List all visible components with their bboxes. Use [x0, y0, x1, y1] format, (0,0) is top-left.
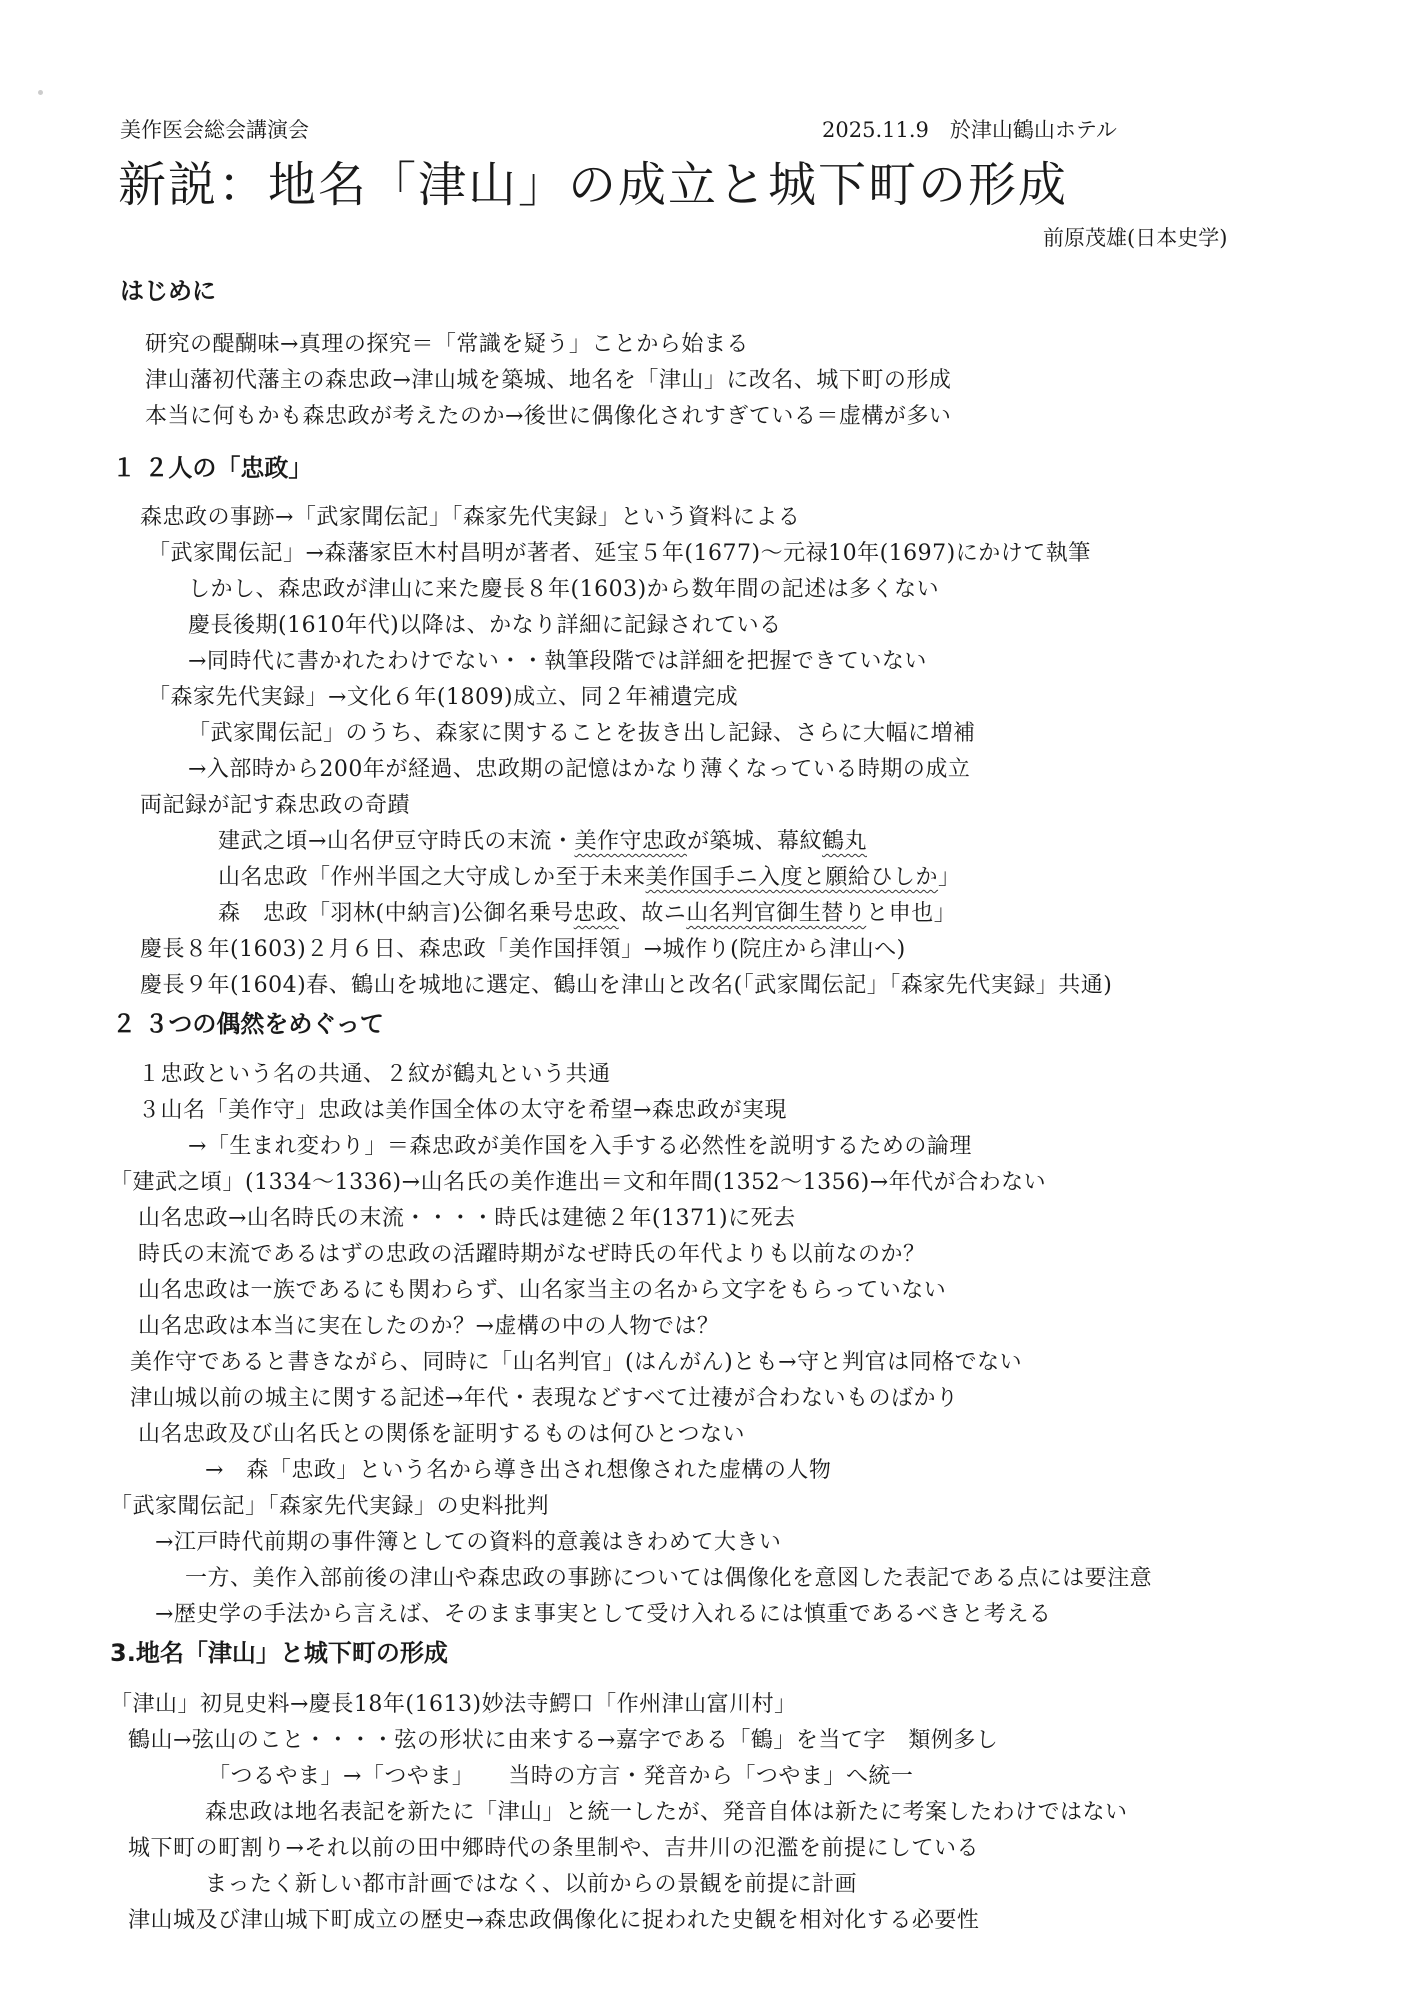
text-line: 津山城及び津山城下町成立の歴史→森忠政偶像化に捉われた史観を相対化する必要性 [128, 1906, 979, 1936]
text-segment: →入部時から200年が経過、忠政期の記憶はかなり薄くなっている時期の成立 [188, 757, 970, 782]
text-segment: 山名忠政は一族であるにも関わらず、山名家当主の名から文字をもらっていない [138, 1278, 946, 1303]
text-line: 「建武之頃」(1334～1336)→山名氏の美作進出＝文和年間(1352～135… [110, 1168, 1046, 1198]
section-heading: 3.地名「津山」と城下町の形成 [110, 1638, 448, 1668]
text-segment: しかし、森忠政が津山に来た慶長８年(1603)から数年間の記述は多くない [188, 577, 939, 602]
text-line: 一方、美作入部前後の津山や森忠政の事跡については偶像化を意図した表記である点には… [185, 1564, 1152, 1594]
text-segment: 美作守であると書きながら、同時に「山名判官」(はんがん)とも→守と判官は同格でな… [130, 1350, 1022, 1375]
document-title: 新説：地名「津山」の成立と城下町の形成 [118, 156, 1068, 214]
event-name: 美作医会総会講演会 [120, 116, 309, 144]
text-segment: と申也」 [866, 901, 956, 926]
text-segment: １忠政という名の共通、２紋が鶴丸という共通 [138, 1062, 611, 1087]
section-heading: １ ２人の「忠政」 [112, 453, 312, 483]
text-line: 森忠政の事跡→「武家聞伝記」「森家先代実録」という資料による [140, 503, 800, 533]
text-segment: 津山藩初代藩主の森忠政→津山城を築城、地名を「津山」に改名、城下町の形成 [145, 368, 951, 393]
underlined-text: 山名判官御生替り [686, 901, 866, 926]
text-segment: 両記録が記す森忠政の奇蹟 [140, 793, 410, 818]
text-line: 「森家先代実録」→文化６年(1809)成立、同２年補遺完成 [148, 683, 738, 713]
text-line: 津山城以前の城主に関する記述→年代・表現などすべて辻褄が合わないものばかり [130, 1384, 959, 1414]
text-segment: 慶長９年(1604)春、鶴山を城地に選定、鶴山を津山と改名(「武家聞伝記」「森家… [140, 973, 1112, 998]
text-line: 「津山」初見史料→慶長18年(1613)妙法寺鰐口「作州津山富川村」 [110, 1690, 797, 1720]
text-segment: 津山城及び津山城下町成立の歴史→森忠政偶像化に捉われた史観を相対化する必要性 [128, 1908, 979, 1933]
text-segment: →「生まれ変わり」＝森忠政が美作国を入手する必然性を説明するための論理 [188, 1134, 972, 1159]
text-segment: 山名忠政及び山名氏との関係を証明するものは何ひとつない [138, 1422, 745, 1447]
text-line: 「つるやま」→「つやま」 当時の方言・発音から「つやま」へ統一 [208, 1762, 913, 1792]
text-segment: 」 [938, 865, 961, 890]
text-line: まったく新しい都市計画ではなく、以前からの景観を前提に計画 [205, 1870, 857, 1900]
text-line: →入部時から200年が経過、忠政期の記憶はかなり薄くなっている時期の成立 [188, 755, 970, 785]
text-segment: 「武家聞伝記」→森藩家臣木村昌明が著者、延宝５年(1677)～元禄10年(169… [148, 541, 1091, 566]
text-segment: 時氏の末流であるはずの忠政の活躍時期がなぜ時氏の年代よりも以前なのか？ [138, 1242, 926, 1267]
text-line: 山名忠政→山名時氏の末流・・・・時氏は建徳２年(1371)に死去 [138, 1204, 796, 1234]
text-segment: →江戸時代前期の事件簿としての資料的意義はきわめて大きい [155, 1530, 781, 1555]
text-segment: 一方、美作入部前後の津山や森忠政の事跡については偶像化を意図した表記である点には… [185, 1566, 1152, 1591]
text-segment: 森 忠政「羽林(中納言)公御名乗号 [218, 901, 574, 926]
underlined-text: 美作守忠政 [574, 829, 687, 854]
text-segment: 「武家聞伝記」のうち、森家に関することを抜き出し記録、さらに大幅に増補 [188, 721, 976, 746]
underlined-text: 忠政 [574, 901, 619, 926]
text-line: 「武家聞伝記」→森藩家臣木村昌明が著者、延宝５年(1677)～元禄10年(169… [148, 539, 1091, 569]
text-segment: 津山城以前の城主に関する記述→年代・表現などすべて辻褄が合わないものばかり [130, 1386, 959, 1411]
text-line: 城下町の町割り→それ以前の田中郷時代の条里制や、吉井川の氾濫を前提にしている [128, 1834, 979, 1864]
text-line: 森忠政は地名表記を新たに「津山」と統一したが、発音自体は新たに考案したわけではな… [205, 1798, 1128, 1828]
text-line: 鶴山→弦山のこと・・・・弦の形状に由来する→嘉字である「鶴」を当て字 類例多し [128, 1726, 998, 1756]
text-segment: 研究の醍醐味→真理の探究＝「常識を疑う」ことから始まる [145, 332, 749, 357]
text-segment: 「武家聞伝記」「森家先代実録」の史料批判 [110, 1494, 549, 1519]
text-segment: 城下町の町割り→それ以前の田中郷時代の条里制や、吉井川の氾濫を前提にしている [128, 1836, 979, 1861]
text-line: 時氏の末流であるはずの忠政の活躍時期がなぜ時氏の年代よりも以前なのか？ [138, 1240, 926, 1270]
text-line: 津山藩初代藩主の森忠政→津山城を築城、地名を「津山」に改名、城下町の形成 [145, 366, 951, 396]
text-line: → 森「忠政」という名から導き出され想像された虚構の人物 [205, 1456, 831, 1486]
section-heading: はじめに [120, 276, 216, 306]
section-heading: ２ ３つの偶然をめぐって [112, 1009, 384, 1039]
text-segment: が築城、幕紋 [687, 829, 822, 854]
text-segment: 慶長後期(1610年代)以降は、かなり詳細に記録されている [188, 613, 782, 638]
text-line: 森 忠政「羽林(中納言)公御名乗号忠政、故ニ山名判官御生替りと申也」 [218, 899, 956, 929]
text-segment: 山名忠政「作州半国之大守成しか至于未来 [218, 865, 646, 890]
text-line: 山名忠政及び山名氏との関係を証明するものは何ひとつない [138, 1420, 745, 1450]
text-segment: 「津山」初見史料→慶長18年(1613)妙法寺鰐口「作州津山富川村」 [110, 1692, 797, 1717]
text-line: 建武之頃→山名伊豆守時氏の末流・美作守忠政が築城、幕紋鶴丸 [218, 827, 867, 857]
text-segment: まったく新しい都市計画ではなく、以前からの景観を前提に計画 [205, 1872, 857, 1897]
text-line: 山名忠政「作州半国之大守成しか至于未来美作国手ニ入度と願給ひしか」 [218, 863, 961, 893]
text-line: 「武家聞伝記」のうち、森家に関することを抜き出し記録、さらに大幅に増補 [188, 719, 976, 749]
text-segment: 森忠政は地名表記を新たに「津山」と統一したが、発音自体は新たに考案したわけではな… [205, 1800, 1128, 1825]
text-line: 「武家聞伝記」「森家先代実録」の史料批判 [110, 1492, 549, 1522]
text-line: →歴史学の手法から言えば、そのまま事実として受け入れるには慎重であるべきと考える [155, 1600, 1051, 1630]
text-line: しかし、森忠政が津山に来た慶長８年(1603)から数年間の記述は多くない [188, 575, 939, 605]
text-segment: →歴史学の手法から言えば、そのまま事実として受け入れるには慎重であるべきと考える [155, 1602, 1051, 1627]
text-line: →「生まれ変わり」＝森忠政が美作国を入手する必然性を説明するための論理 [188, 1132, 972, 1162]
text-segment: →同時代に書かれたわけでない・・執筆段階では詳細を把握できていない [188, 649, 927, 674]
author: 前原茂雄(日本史学) [1043, 224, 1227, 252]
text-segment: 「建武之頃」(1334～1336)→山名氏の美作進出＝文和年間(1352～135… [110, 1170, 1046, 1195]
text-line: 山名忠政は一族であるにも関わらず、山名家当主の名から文字をもらっていない [138, 1276, 946, 1306]
date-venue: 2025.11.9 於津山鶴山ホテル [822, 116, 1117, 144]
text-line: 研究の醍醐味→真理の探究＝「常識を疑う」ことから始まる [145, 330, 749, 360]
text-segment: 、故ニ [619, 901, 687, 926]
text-line: 慶長９年(1604)春、鶴山を城地に選定、鶴山を津山と改名(「武家聞伝記」「森家… [140, 971, 1112, 1001]
text-segment: 森忠政の事跡→「武家聞伝記」「森家先代実録」という資料による [140, 505, 800, 530]
text-segment: → 森「忠政」という名から導き出され想像された虚構の人物 [205, 1458, 831, 1483]
scan-speck [38, 90, 43, 95]
text-line: 本当に何もかも森忠政が考えたのか→後世に偶像化されすぎている＝虚構が多い [145, 402, 951, 432]
underlined-text: 鶴丸 [822, 829, 867, 854]
text-line: １忠政という名の共通、２紋が鶴丸という共通 [138, 1060, 611, 1090]
text-line: →同時代に書かれたわけでない・・執筆段階では詳細を把握できていない [188, 647, 927, 677]
text-line: 慶長後期(1610年代)以降は、かなり詳細に記録されている [188, 611, 782, 641]
text-line: 両記録が記す森忠政の奇蹟 [140, 791, 410, 821]
text-line: →江戸時代前期の事件簿としての資料的意義はきわめて大きい [155, 1528, 781, 1558]
text-line: ３山名「美作守」忠政は美作国全体の太守を希望→森忠政が実現 [138, 1096, 787, 1126]
text-line: 慶長８年(1603)２月６日、森忠政「美作国拝領」→城作り(院庄から津山へ) [140, 935, 906, 965]
text-segment: 「森家先代実録」→文化６年(1809)成立、同２年補遺完成 [148, 685, 738, 710]
text-line: 美作守であると書きながら、同時に「山名判官」(はんがん)とも→守と判官は同格でな… [130, 1348, 1022, 1378]
text-segment: 山名忠政は本当に実在したのか？→虚構の中の人物では？ [138, 1314, 719, 1339]
text-segment: ３山名「美作守」忠政は美作国全体の太守を希望→森忠政が実現 [138, 1098, 787, 1123]
text-segment: 山名忠政→山名時氏の末流・・・・時氏は建徳２年(1371)に死去 [138, 1206, 796, 1231]
text-segment: 「つるやま」→「つやま」 当時の方言・発音から「つやま」へ統一 [208, 1764, 913, 1789]
text-line: 山名忠政は本当に実在したのか？→虚構の中の人物では？ [138, 1312, 719, 1342]
text-segment: 鶴山→弦山のこと・・・・弦の形状に由来する→嘉字である「鶴」を当て字 類例多し [128, 1728, 998, 1753]
text-segment: 本当に何もかも森忠政が考えたのか→後世に偶像化されすぎている＝虚構が多い [145, 404, 951, 429]
text-segment: 建武之頃→山名伊豆守時氏の末流・ [218, 829, 574, 854]
underlined-text: 美作国手ニ入度と願給ひしか [646, 865, 939, 890]
text-segment: 慶長８年(1603)２月６日、森忠政「美作国拝領」→城作り(院庄から津山へ) [140, 937, 906, 962]
